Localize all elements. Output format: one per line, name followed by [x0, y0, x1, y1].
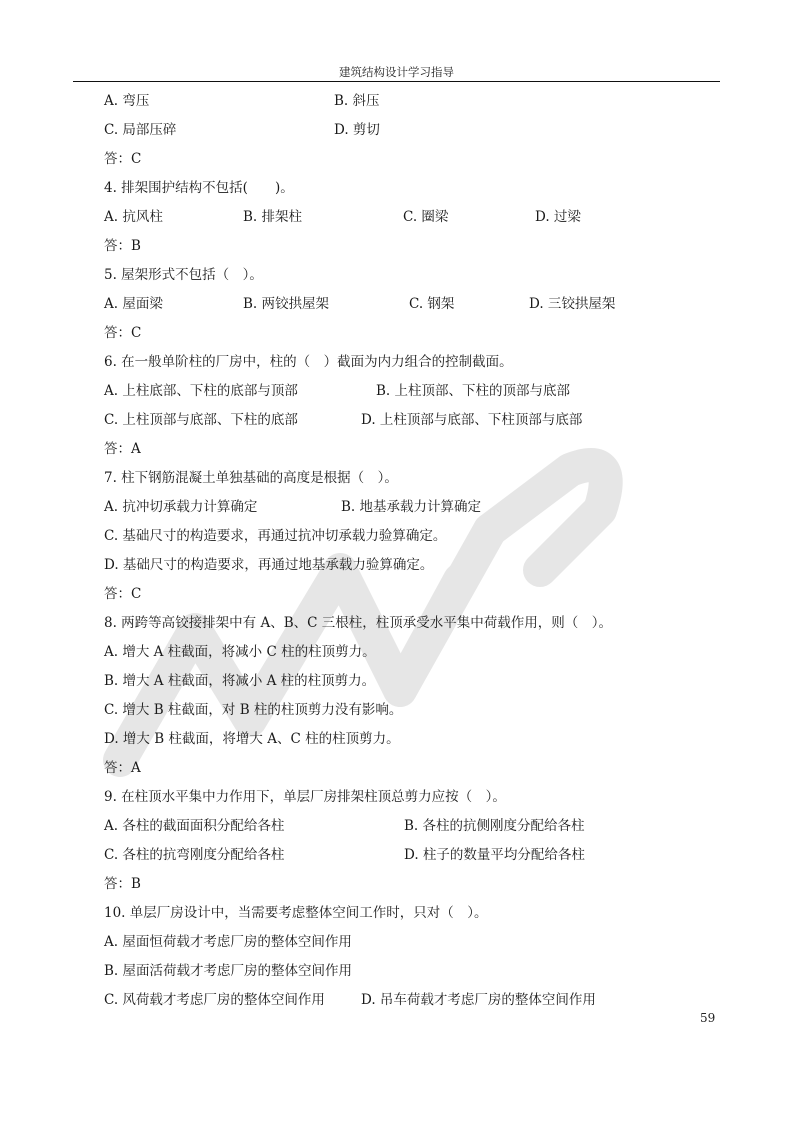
option-text: A. 上柱底部、下柱的底部与顶部 — [104, 380, 298, 402]
option-text: D. 柱子的数量平均分配给各柱 — [404, 844, 585, 866]
option-text: B. 地基承载力计算确定 — [341, 496, 481, 518]
option-text: D. 吊车荷载才考虑厂房的整体空间作用 — [361, 989, 596, 1011]
answer-line: 答：A — [104, 757, 724, 786]
option-text: B. 两铰拱屋架 — [243, 293, 329, 315]
question-stem: 8. 两跨等高铰接排架中有 A、B、C 三根柱，柱顶承受水平集中荷载作用，则（ … — [104, 612, 724, 641]
option-text: C. 局部压碎 — [104, 119, 176, 141]
question-text: 10. 单层厂房设计中，当需要考虑整体空间工作时，只对（ ）。 — [104, 905, 488, 921]
question-list: A. 弯压B. 斜压C. 局部压碎D. 剪切答：C4. 排架围护结构不包括( )… — [104, 90, 724, 1018]
option-text: C. 基础尺寸的构造要求，再通过抗冲切承载力验算确定。 — [104, 528, 446, 544]
option-text: D. 三铰拱屋架 — [529, 293, 615, 315]
option-row: A. 抗冲切承载力计算确定B. 地基承载力计算确定 — [104, 496, 724, 525]
page-number: 59 — [700, 1011, 715, 1025]
question-stem: 10. 单层厂房设计中，当需要考虑整体空间工作时，只对（ ）。 — [104, 902, 724, 931]
option-text: C. 增大 B 柱截面，对 B 柱的柱顶剪力没有影响。 — [104, 702, 402, 718]
header-rule — [73, 81, 720, 82]
option-text: C. 各柱的抗弯刚度分配给各柱 — [104, 844, 284, 866]
option-row: D. 基础尺寸的构造要求，再通过地基承载力验算确定。 — [104, 554, 724, 583]
question-text: 5. 屋架形式不包括（ ）。 — [104, 267, 263, 283]
answer-text: 答：A — [104, 760, 141, 776]
answer-line: 答：B — [104, 873, 724, 902]
option-row: C. 局部压碎D. 剪切 — [104, 119, 724, 148]
option-row: C. 增大 B 柱截面，对 B 柱的柱顶剪力没有影响。 — [104, 699, 724, 728]
option-row: A. 增大 A 柱截面，将减小 C 柱的柱顶剪力。 — [104, 641, 724, 670]
answer-text: 答：C — [104, 325, 141, 341]
option-row: C. 上柱顶部与底部、下柱的底部D. 上柱顶部与底部、下柱顶部与底部 — [104, 409, 724, 438]
question-text: 9. 在柱顶水平集中力作用下，单层厂房排架柱顶总剪力应按（ ）。 — [104, 789, 506, 805]
option-text: A. 增大 A 柱截面，将减小 C 柱的柱顶剪力。 — [104, 644, 376, 660]
option-row: A. 弯压B. 斜压 — [104, 90, 724, 119]
answer-text: 答：C — [104, 151, 141, 167]
option-text: A. 抗冲切承载力计算确定 — [104, 496, 257, 518]
question-stem: 7. 柱下钢筋混凝土单独基础的高度是根据（ ）。 — [104, 467, 724, 496]
option-text: C. 上柱顶部与底部、下柱的底部 — [104, 409, 298, 431]
option-text: C. 风荷载才考虑厂房的整体空间作用 — [104, 989, 325, 1011]
answer-line: 答：C — [104, 322, 724, 351]
option-text: C. 钢架 — [409, 293, 454, 315]
answer-line: 答：C — [104, 148, 724, 177]
option-text: A. 各柱的截面面积分配给各柱 — [104, 815, 284, 837]
option-row: D. 增大 B 柱截面，将增大 A、C 柱的柱顶剪力。 — [104, 728, 724, 757]
option-row: A. 上柱底部、下柱的底部与顶部B. 上柱顶部、下柱的顶部与底部 — [104, 380, 724, 409]
page-header-title: 建筑结构设计学习指导 — [0, 64, 793, 80]
option-text: A. 屋面恒荷载才考虑厂房的整体空间作用 — [104, 934, 352, 950]
question-text: 6. 在一般单阶柱的厂房中，柱的（ ）截面为内力组合的控制截面。 — [104, 354, 513, 370]
option-text: D. 基础尺寸的构造要求，再通过地基承载力验算确定。 — [104, 557, 433, 573]
question-text: 4. 排架围护结构不包括( )。 — [104, 180, 294, 196]
option-text: B. 各柱的抗侧刚度分配给各柱 — [404, 815, 585, 837]
option-row: A. 屋面恒荷载才考虑厂房的整体空间作用 — [104, 931, 724, 960]
answer-line: 答：B — [104, 235, 724, 264]
option-text: D. 增大 B 柱截面，将增大 A、C 柱的柱顶剪力。 — [104, 731, 400, 747]
answer-text: 答：C — [104, 586, 141, 602]
question-stem: 9. 在柱顶水平集中力作用下，单层厂房排架柱顶总剪力应按（ ）。 — [104, 786, 724, 815]
option-text: B. 排架柱 — [243, 206, 302, 228]
answer-text: 答：A — [104, 441, 141, 457]
question-stem: 5. 屋架形式不包括（ ）。 — [104, 264, 724, 293]
question-text: 7. 柱下钢筋混凝土单独基础的高度是根据（ ）。 — [104, 470, 398, 486]
answer-text: 答：B — [104, 876, 141, 892]
answer-line: 答：C — [104, 583, 724, 612]
option-text: B. 增大 A 柱截面，将减小 A 柱的柱顶剪力。 — [104, 673, 375, 689]
answer-line: 答：A — [104, 438, 724, 467]
option-text: A. 屋面梁 — [104, 293, 163, 315]
option-text: D. 上柱顶部与底部、下柱顶部与底部 — [361, 409, 582, 431]
option-row: B. 增大 A 柱截面，将减小 A 柱的柱顶剪力。 — [104, 670, 724, 699]
option-text: B. 屋面活荷载才考虑厂房的整体空间作用 — [104, 963, 352, 979]
option-text: B. 斜压 — [334, 90, 380, 112]
answer-text: 答：B — [104, 238, 141, 254]
option-row: B. 屋面活荷载才考虑厂房的整体空间作用 — [104, 960, 724, 989]
question-text: 8. 两跨等高铰接排架中有 A、B、C 三根柱，柱顶承受水平集中荷载作用，则（ … — [104, 615, 612, 631]
option-row: A. 屋面梁B. 两铰拱屋架C. 钢架D. 三铰拱屋架 — [104, 293, 724, 322]
option-row: A. 抗风柱B. 排架柱C. 圈梁D. 过梁 — [104, 206, 724, 235]
option-row: C. 各柱的抗弯刚度分配给各柱D. 柱子的数量平均分配给各柱 — [104, 844, 724, 873]
option-row: A. 各柱的截面面积分配给各柱B. 各柱的抗侧刚度分配给各柱 — [104, 815, 724, 844]
option-text: D. 剪切 — [334, 119, 380, 141]
option-text: A. 抗风柱 — [104, 206, 163, 228]
option-text: B. 上柱顶部、下柱的顶部与底部 — [376, 380, 570, 402]
option-row: C. 基础尺寸的构造要求，再通过抗冲切承载力验算确定。 — [104, 525, 724, 554]
option-row: C. 风荷载才考虑厂房的整体空间作用D. 吊车荷载才考虑厂房的整体空间作用 — [104, 989, 724, 1018]
question-stem: 6. 在一般单阶柱的厂房中，柱的（ ）截面为内力组合的控制截面。 — [104, 351, 724, 380]
option-text: C. 圈梁 — [403, 206, 448, 228]
option-text: D. 过梁 — [535, 206, 581, 228]
option-text: A. 弯压 — [104, 90, 149, 112]
question-stem: 4. 排架围护结构不包括( )。 — [104, 177, 724, 206]
